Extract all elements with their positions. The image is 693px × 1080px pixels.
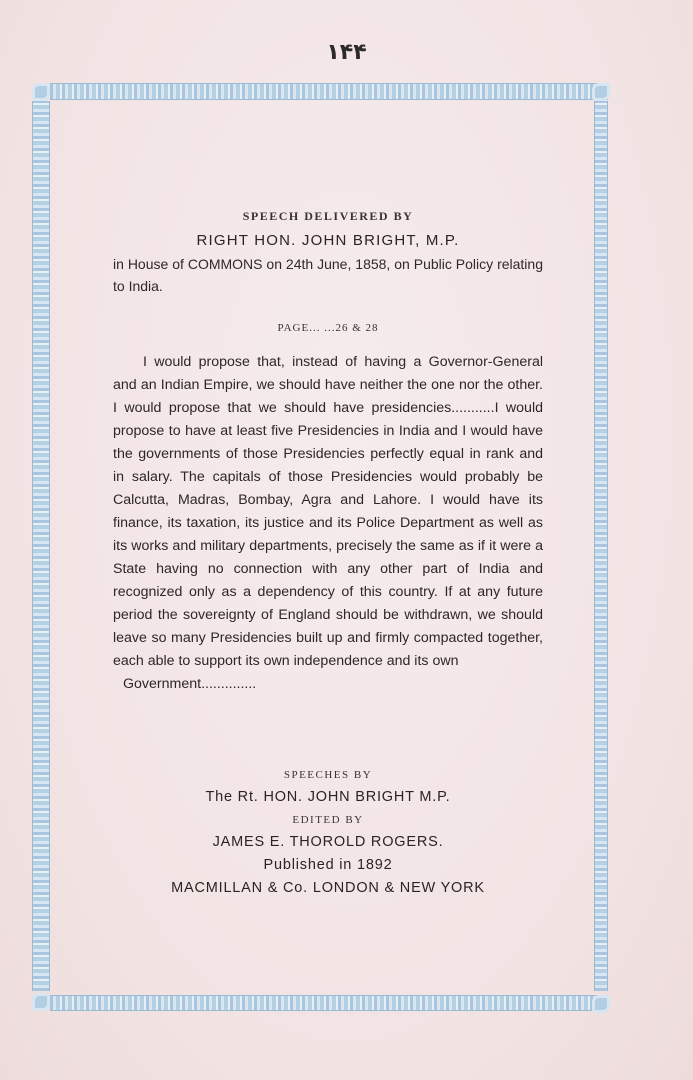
credits-author: The Rt. HON. JOHN BRIGHT M.P. xyxy=(113,786,543,809)
source-credits: SPEECHES BY The Rt. HON. JOHN BRIGHT M.P… xyxy=(113,764,543,900)
corner-ornament-icon xyxy=(32,993,50,1011)
corner-ornament-icon xyxy=(592,83,610,101)
border-top xyxy=(50,83,608,100)
page-reference: PAGE... ...26 & 28 xyxy=(113,322,543,334)
border-left xyxy=(32,101,50,991)
speech-section: SPEECH DELIVERED BY RIGHT HON. JOHN BRIG… xyxy=(113,205,543,696)
credits-publication-year: Published in 1892 xyxy=(113,854,543,877)
corner-ornament-icon xyxy=(592,995,610,1013)
speaker-name: RIGHT HON. JOHN BRIGHT, M.P. xyxy=(113,232,543,249)
speech-quote: I would propose that, instead of having … xyxy=(113,351,543,673)
credits-edited-by: EDITED BY xyxy=(113,809,543,831)
speech-quote-ending: Government.............. xyxy=(113,673,543,696)
credits-publisher: MACMILLAN & Co. LONDON & NEW YORK xyxy=(113,877,543,900)
page-number: ۱۴۴ xyxy=(0,40,693,65)
speech-context: in House of COMMONS on 24th June, 1858, … xyxy=(113,253,543,297)
border-bottom xyxy=(50,995,608,1011)
credits-editor: JAMES E. THOROLD ROGERS. xyxy=(113,831,543,854)
border-right xyxy=(594,101,608,991)
corner-ornament-icon xyxy=(32,83,50,101)
credits-speeches-by: SPEECHES BY xyxy=(113,764,543,786)
speech-heading: SPEECH DELIVERED BY xyxy=(113,209,543,224)
